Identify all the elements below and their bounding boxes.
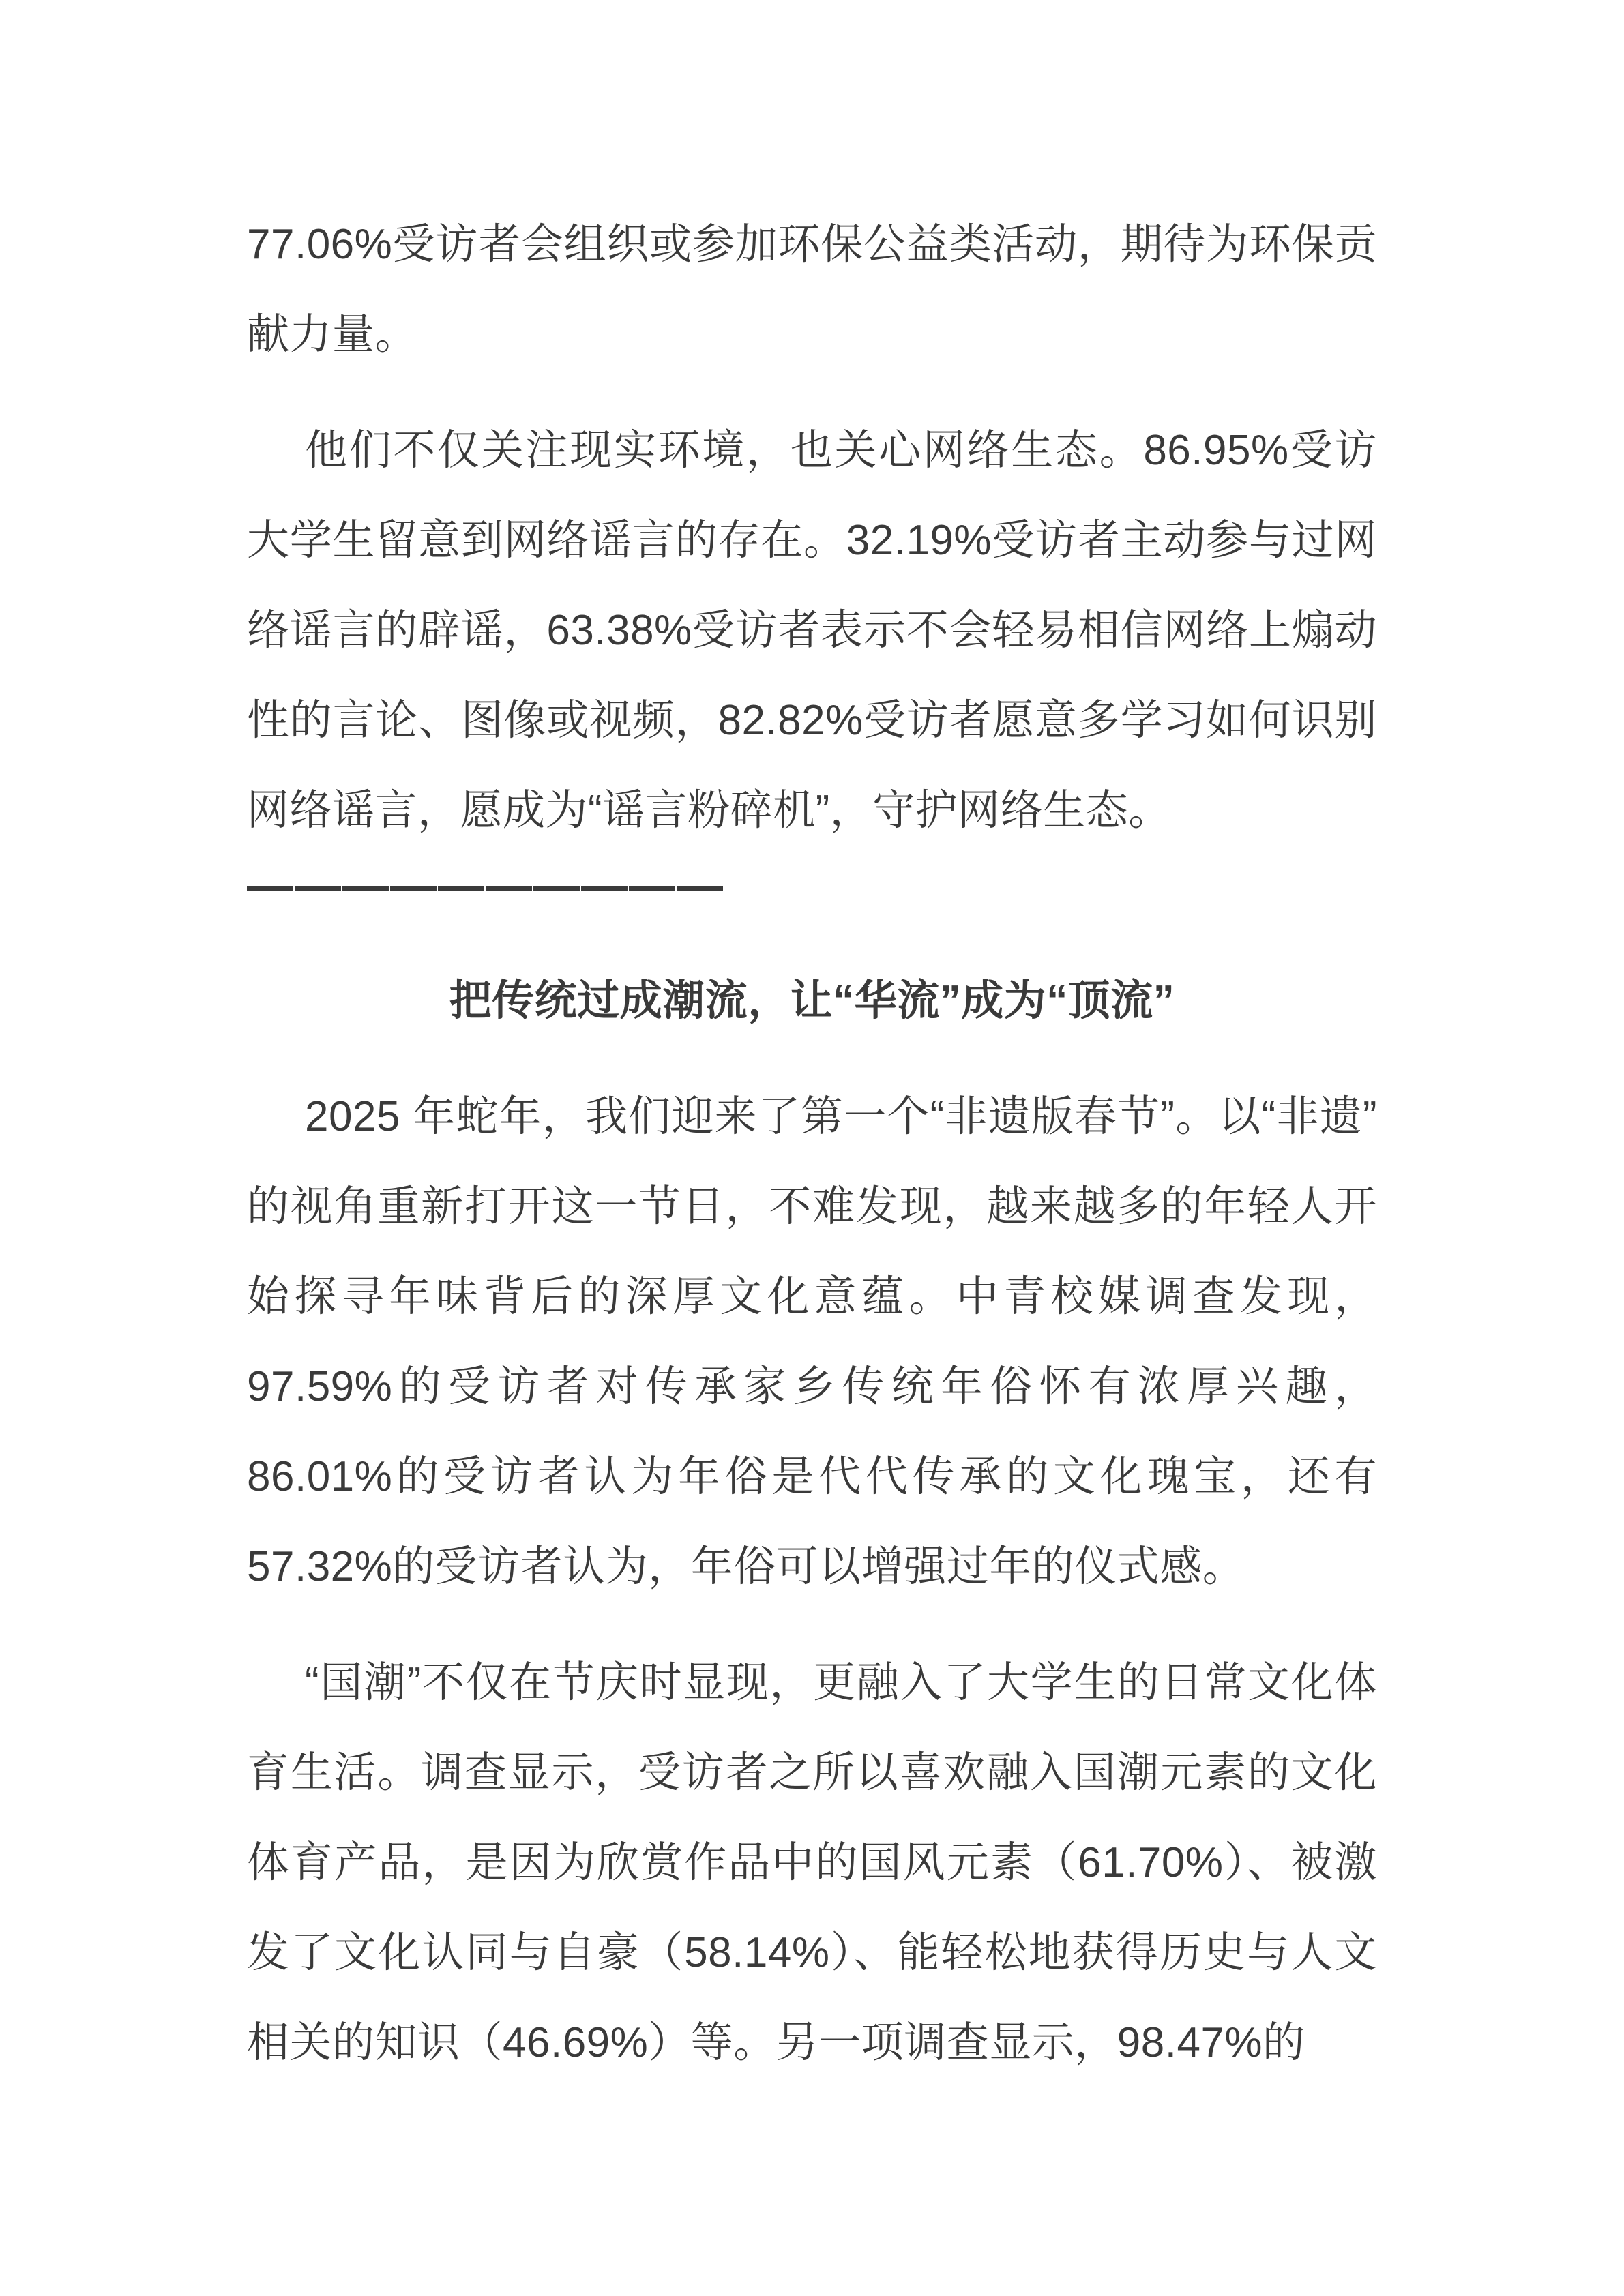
section-divider: ______________________ [247, 886, 724, 891]
article-body: 77.06%受访者会组织或参加环保公益类活动，期待为环保贡献力量。 他们不仅关注… [247, 0, 1377, 2114]
document-page: 77.06%受访者会组织或参加环保公益类活动，期待为环保贡献力量。 他们不仅关注… [0, 0, 1624, 2296]
paragraph-network-ecology: 他们不仅关注现实环境，也关心网络生态。86.95%受访大学生留意到网络谣言的存在… [247, 406, 1377, 856]
paragraph-guochao: “国潮”不仅在节庆时显现，更融入了大学生的日常文化体育生活。调查显示，受访者之所… [247, 1638, 1377, 2088]
section-heading: 把传统过成潮流，让“华流”成为“顶流” [247, 956, 1377, 1046]
paragraph-continuation: 77.06%受访者会组织或参加环保公益类活动，期待为环保贡献力量。 [247, 200, 1377, 380]
paragraph-spring-festival: 2025 年蛇年，我们迎来了第一个“非遗版春节”。以“非遗”的视角重新打开这一节… [247, 1072, 1377, 1612]
